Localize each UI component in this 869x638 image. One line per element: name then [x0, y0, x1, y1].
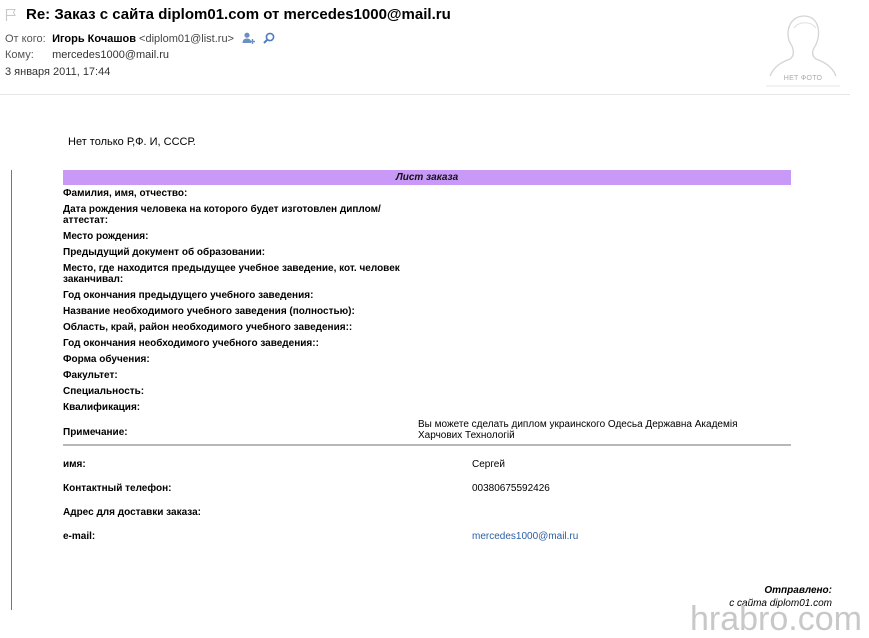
from-row: От кого: Игорь Кочашов <diplom01@list.ru…	[5, 32, 275, 45]
order-field: Место рождения:	[63, 231, 791, 242]
field-label: Место рождения:	[63, 231, 403, 242]
order-field: Факультет:	[63, 370, 791, 381]
email-date: 3 января 2011, 17:44	[5, 66, 110, 78]
field-label: Название необходимого учебного заведения…	[63, 306, 403, 317]
order-field: Предыдущий документ об образовании:	[63, 247, 791, 258]
order-field: Дата рождения человека на которого будет…	[63, 204, 791, 226]
to-row: Кому: mercedes1000@mail.ru	[5, 49, 169, 61]
order-field: Год окончания предыдущего учебного завед…	[63, 290, 791, 301]
contact-label: Контактный телефон:	[63, 483, 171, 494]
order-field: Место, где находится предыдущее учебное …	[63, 263, 791, 285]
to-label: Кому:	[5, 49, 49, 61]
field-label: Форма обучения:	[63, 354, 403, 365]
field-label: Дата рождения человека на которого будет…	[63, 204, 403, 226]
order-field: Квалификация:	[63, 402, 791, 413]
order-field: Специальность:	[63, 386, 791, 397]
contact-field: Адрес для доставки заказа:	[63, 506, 791, 530]
field-value: Вы можете сделать диплом украинского Оде…	[418, 419, 778, 441]
field-label: Примечание:	[63, 422, 403, 438]
add-contact-icon[interactable]	[242, 32, 255, 44]
sender-email[interactable]: <diplom01@list.ru>	[139, 33, 234, 45]
field-label: Область, край, район необходимого учебно…	[63, 322, 403, 333]
field-label: Год окончания предыдущего учебного завед…	[63, 290, 403, 301]
order-title: Лист заказа	[63, 170, 791, 185]
contact-value: Сергей	[472, 458, 505, 471]
order-field: Область, край, район необходимого учебно…	[63, 322, 791, 333]
contact-field: e-mail:mercedes1000@mail.ru	[63, 530, 791, 554]
quote-bar	[11, 170, 12, 610]
contact-field: Контактный телефон:00380675592426	[63, 482, 791, 506]
email-header: Re: Заказ с сайта diplom01.com от merced…	[0, 0, 850, 95]
order-field: Название необходимого учебного заведения…	[63, 306, 791, 317]
sender-name[interactable]: Игорь Кочашов	[52, 33, 136, 45]
separator	[63, 444, 791, 446]
watermark: hrabro.com	[690, 600, 862, 638]
order-field: Фамилия, имя, отчество:	[63, 188, 791, 199]
field-label: Факультет:	[63, 370, 403, 381]
contact-email-link[interactable]: mercedes1000@mail.ru	[472, 530, 578, 543]
field-label: Специальность:	[63, 386, 403, 397]
contact-label: имя:	[63, 459, 86, 470]
no-photo-label: НЕТ ФОТО	[766, 75, 840, 82]
order-field: Форма обучения:	[63, 354, 791, 365]
contact-label: Адрес для доставки заказа:	[63, 507, 201, 518]
contact-value: 00380675592426	[472, 482, 550, 495]
sent-label: Отправлено:	[729, 584, 832, 597]
intro-text: Нет только Р,Ф. И, СССР.	[68, 136, 196, 148]
field-label: Год окончания необходимого учебного заве…	[63, 338, 403, 349]
contact-field: имя:Сергей	[63, 458, 791, 482]
field-label: Квалификация:	[63, 402, 403, 413]
avatar: НЕТ ФОТО	[766, 6, 840, 88]
field-label: Предыдущий документ об образовании:	[63, 247, 403, 258]
order-field: Год окончания необходимого учебного заве…	[63, 338, 791, 349]
order-fields: Фамилия, имя, отчество:Дата рождения чел…	[63, 188, 791, 438]
order-field: Примечание:Вы можете сделать диплом укра…	[63, 422, 791, 438]
field-label: Фамилия, имя, отчество:	[63, 188, 403, 199]
recipient-email[interactable]: mercedes1000@mail.ru	[52, 49, 169, 61]
order-sheet: Лист заказа Фамилия, имя, отчество:Дата …	[63, 170, 791, 554]
email-subject: Re: Заказ с сайта diplom01.com от merced…	[26, 6, 451, 23]
search-icon[interactable]	[263, 32, 275, 44]
contact-label: e-mail:	[63, 531, 95, 542]
from-label: От кого:	[5, 33, 49, 45]
flag-icon[interactable]	[5, 8, 17, 22]
field-label: Место, где находится предыдущее учебное …	[63, 263, 403, 285]
contact-fields: имя:СергейКонтактный телефон:00380675592…	[63, 458, 791, 554]
